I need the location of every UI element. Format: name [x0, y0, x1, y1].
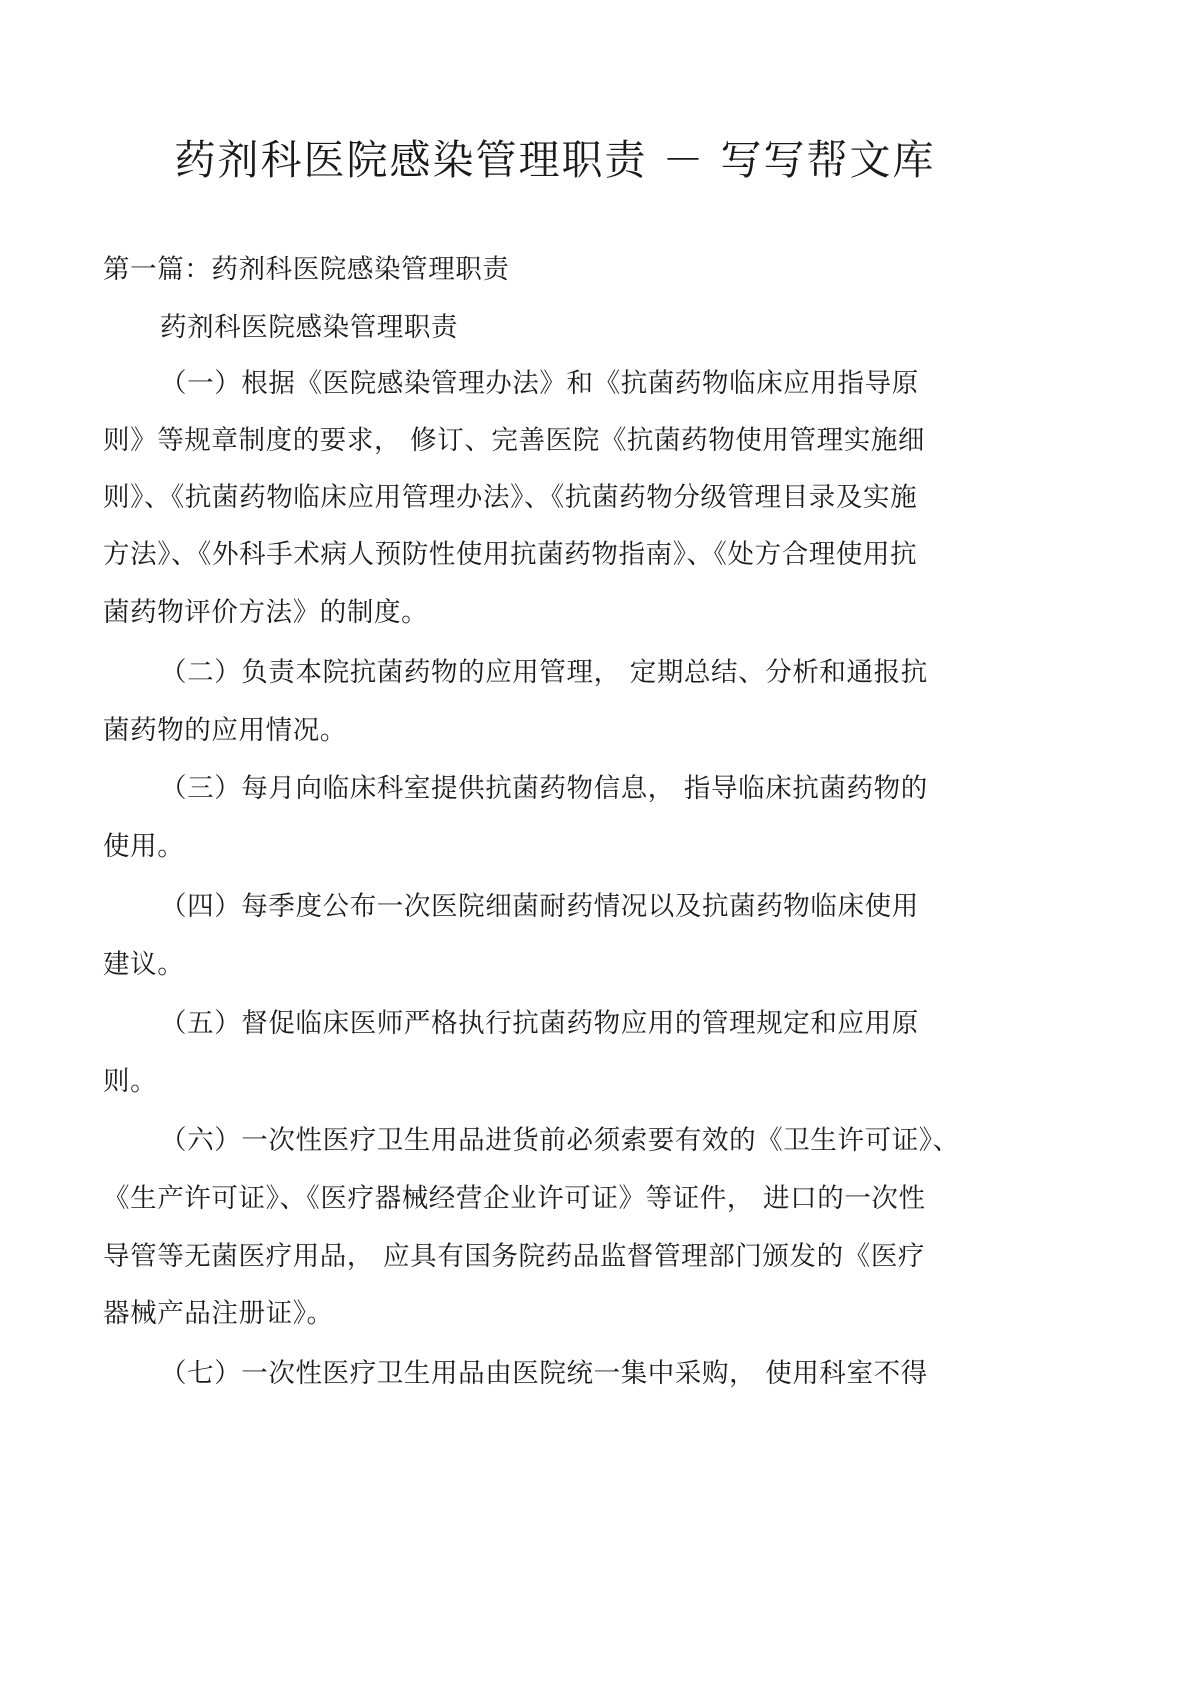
paragraph-line: 导管等无菌医疗用品， 应具有国务院药品监督管理部门颁发的《医疗: [103, 1240, 925, 1274]
paragraph-line: 建议。: [103, 948, 184, 982]
section-heading: 第一篇：药剂科医院感染管理职责: [103, 253, 510, 287]
paragraph-line: （四）每季度公布一次医院细菌耐药情况以及抗菌药物临床使用: [160, 890, 919, 924]
paragraph-line: （三）每月向临床科室提供抗菌药物信息， 指导临床抗菌药物的: [160, 772, 928, 806]
paragraph-line: 则》等规章制度的要求， 修订、完善医院《抗菌药物使用管理实施细: [103, 424, 925, 458]
paragraph-line: 菌药物评价方法》的制度。: [103, 596, 428, 630]
paragraph-line: （七）一次性医疗卫生用品由医院统一集中采购， 使用科室不得: [160, 1357, 928, 1391]
paragraph-line: 器械产品注册证》。: [103, 1297, 334, 1331]
paragraph-line: 方法》、《外科手术病人预防性使用抗菌药物指南》、《处方合理使用抗: [103, 538, 917, 572]
paragraph-line: （一）根据《医院感染管理办法》和《抗菌药物临床应用指导原: [160, 367, 919, 401]
paragraph-line: 菌药物的应用情况。: [103, 714, 347, 748]
paragraph-line: 则。: [103, 1065, 157, 1099]
paragraph-line: 使用。: [103, 830, 184, 864]
paragraph-line: 《生产许可证》、《医疗器械经营企业许可证》等证件， 进口的一次性: [103, 1182, 926, 1216]
subheading: 药剂科医院感染管理职责: [160, 311, 458, 345]
paragraph-line: （六）一次性医疗卫生用品进货前必须索要有效的《卫生许可证》、: [160, 1124, 960, 1158]
paragraph-line: （五）督促临床医师严格执行抗菌药物应用的管理规定和应用原: [160, 1007, 919, 1041]
document-title: 药剂科医院感染管理职责 － 写写帮文库: [0, 134, 1110, 186]
paragraph-line: 则》、《抗菌药物临床应用管理办法》、《抗菌药物分级管理目录及实施: [103, 481, 917, 515]
paragraph-line: （二）负责本院抗菌药物的应用管理， 定期总结、分析和通报抗: [160, 656, 928, 690]
